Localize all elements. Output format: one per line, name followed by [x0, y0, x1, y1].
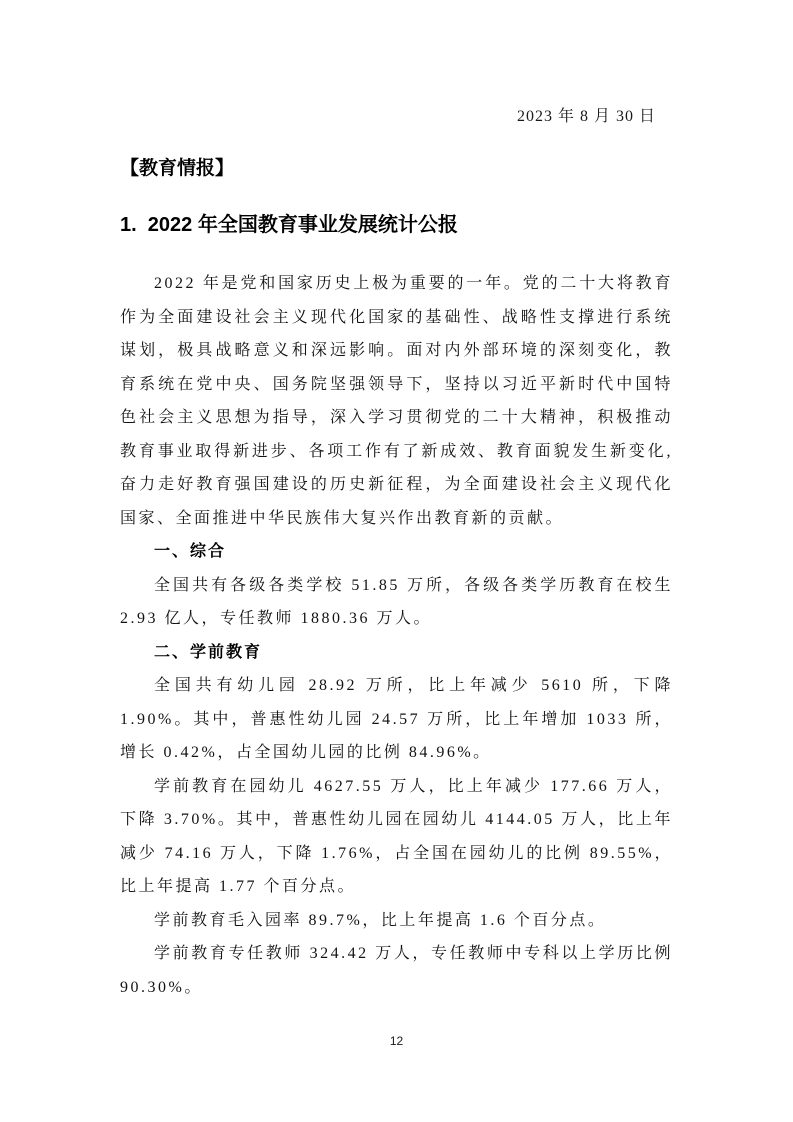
document-page: 2023 年 8 月 30 日 【教育情报】 1. 2022 年全国教育事业发展…: [0, 0, 793, 1122]
paragraph-gross-enrollment-rate: 学前教育毛入园率 89.7%，比上年提高 1.6 个百分点。: [120, 904, 673, 938]
column-header: 【教育情报】: [120, 155, 673, 183]
section-heading-preschool: 二、学前教育: [120, 636, 673, 670]
paragraph-general-statistics: 全国共有各级各类学校 51.85 万所，各级各类学历教育在校生 2.93 亿人，…: [120, 569, 673, 636]
page-number: 12: [0, 1034, 793, 1048]
paragraph-preschool-teachers: 学前教育专任教师 324.42 万人，专任教师中专科以上学历比例 90.30%。: [120, 937, 673, 1004]
section-heading-general: 一、综合: [120, 535, 673, 569]
paragraph-kindergarten-count: 全国共有幼儿园 28.92 万所，比上年减少 5610 所，下降 1.90%。其…: [120, 669, 673, 770]
article-title: 1. 2022 年全国教育事业发展统计公报: [120, 210, 673, 240]
date-line: 2023 年 8 月 30 日: [120, 104, 673, 130]
paragraph-intro: 2022 年是党和国家历史上极为重要的一年。党的二十大将教育作为全面建设社会主义…: [120, 267, 673, 535]
paragraph-enrolled-children: 学前教育在园幼儿 4627.55 万人，比上年减少 177.66 万人，下降 3…: [120, 770, 673, 904]
document-content: 2023 年 8 月 30 日 【教育情报】 1. 2022 年全国教育事业发展…: [120, 104, 673, 1004]
